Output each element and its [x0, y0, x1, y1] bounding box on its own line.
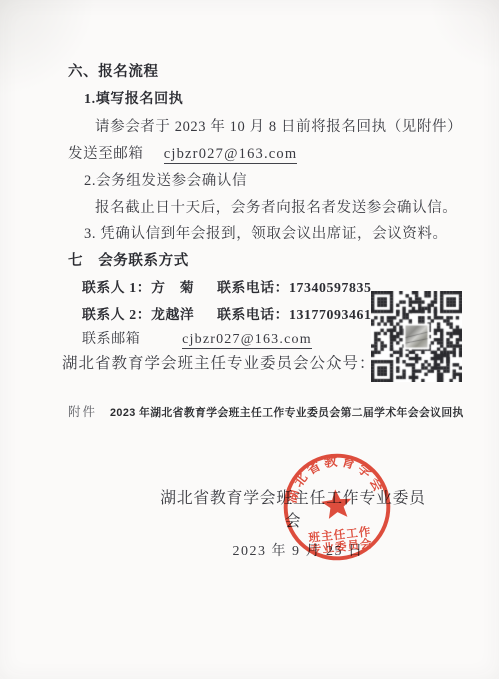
section-registration-heading: 六、报名流程: [68, 65, 159, 80]
step2-title: 2.会务组发送参会确认信: [84, 174, 247, 189]
attachment-line: 附件 2023 年湖北省教育学会班主任工作专业委员会第二届学术年会会议回执: [68, 406, 464, 419]
step1-title: 1.填写报名回执: [84, 93, 183, 107]
attachment-label: 附件: [68, 406, 97, 419]
step3-body: 3. 凭确认信到年会报到，领取会议出席证，会议资料。: [84, 227, 448, 242]
registration-email: cjbzr027@163.com: [164, 146, 298, 164]
send-email-line: 发送至邮箱 cjbzr027@163.com: [68, 147, 297, 162]
step1-body: 请参会者于 2023 年 10 月 8 日前将报名回执（见附件）: [95, 120, 462, 135]
send-email-label: 发送至邮箱: [68, 146, 144, 162]
contact2-phone-number: 13177093461: [289, 307, 371, 322]
contact1-phone-label: 联系电话：: [217, 280, 289, 295]
contact1-phone-number: 17340597835: [289, 280, 371, 295]
contact-email-label: 联系邮箱: [82, 333, 178, 347]
contact2-phone-label: 联系电话：: [217, 307, 289, 322]
issuing-organization: 湖北省教育学会班主任工作专业委员会: [153, 485, 433, 531]
contact-row-1: 联系人 1：方 菊 联系电话：17340597835: [82, 281, 372, 295]
section-contact-heading: 七 会务联系方式: [68, 254, 189, 269]
issue-date: 2023 年 9 月 25 日: [153, 540, 433, 560]
step2-body: 报名截止日十天后，会务者向报名者发送参会确认信。: [95, 201, 457, 216]
attachment-title: 2023 年湖北省教育学会班主任工作专业委员会第二届学术年会会议回执: [110, 408, 464, 419]
contact-row-2: 联系人 2：龙越洋 联系电话：13177093461: [82, 308, 372, 322]
contact-email: cjbzr027@163.com: [182, 332, 312, 349]
wechat-qr-code: [371, 291, 462, 382]
contact1-name: 联系人 1：方 菊: [82, 281, 213, 295]
scanned-document-page: 六、报名流程 1.填写报名回执 请参会者于 2023 年 10 月 8 日前将报…: [0, 0, 499, 679]
wechat-account-line: 湖北省教育学会班主任专业委员会公众号：: [62, 356, 376, 372]
contact-email-row: 联系邮箱 cjbzr027@163.com: [82, 333, 312, 347]
signature-block: 湖北省教育学会班主任工作专业委员会 2023 年 9 月 25 日: [153, 485, 433, 560]
contact2-name: 联系人 2：龙越洋: [82, 308, 213, 322]
